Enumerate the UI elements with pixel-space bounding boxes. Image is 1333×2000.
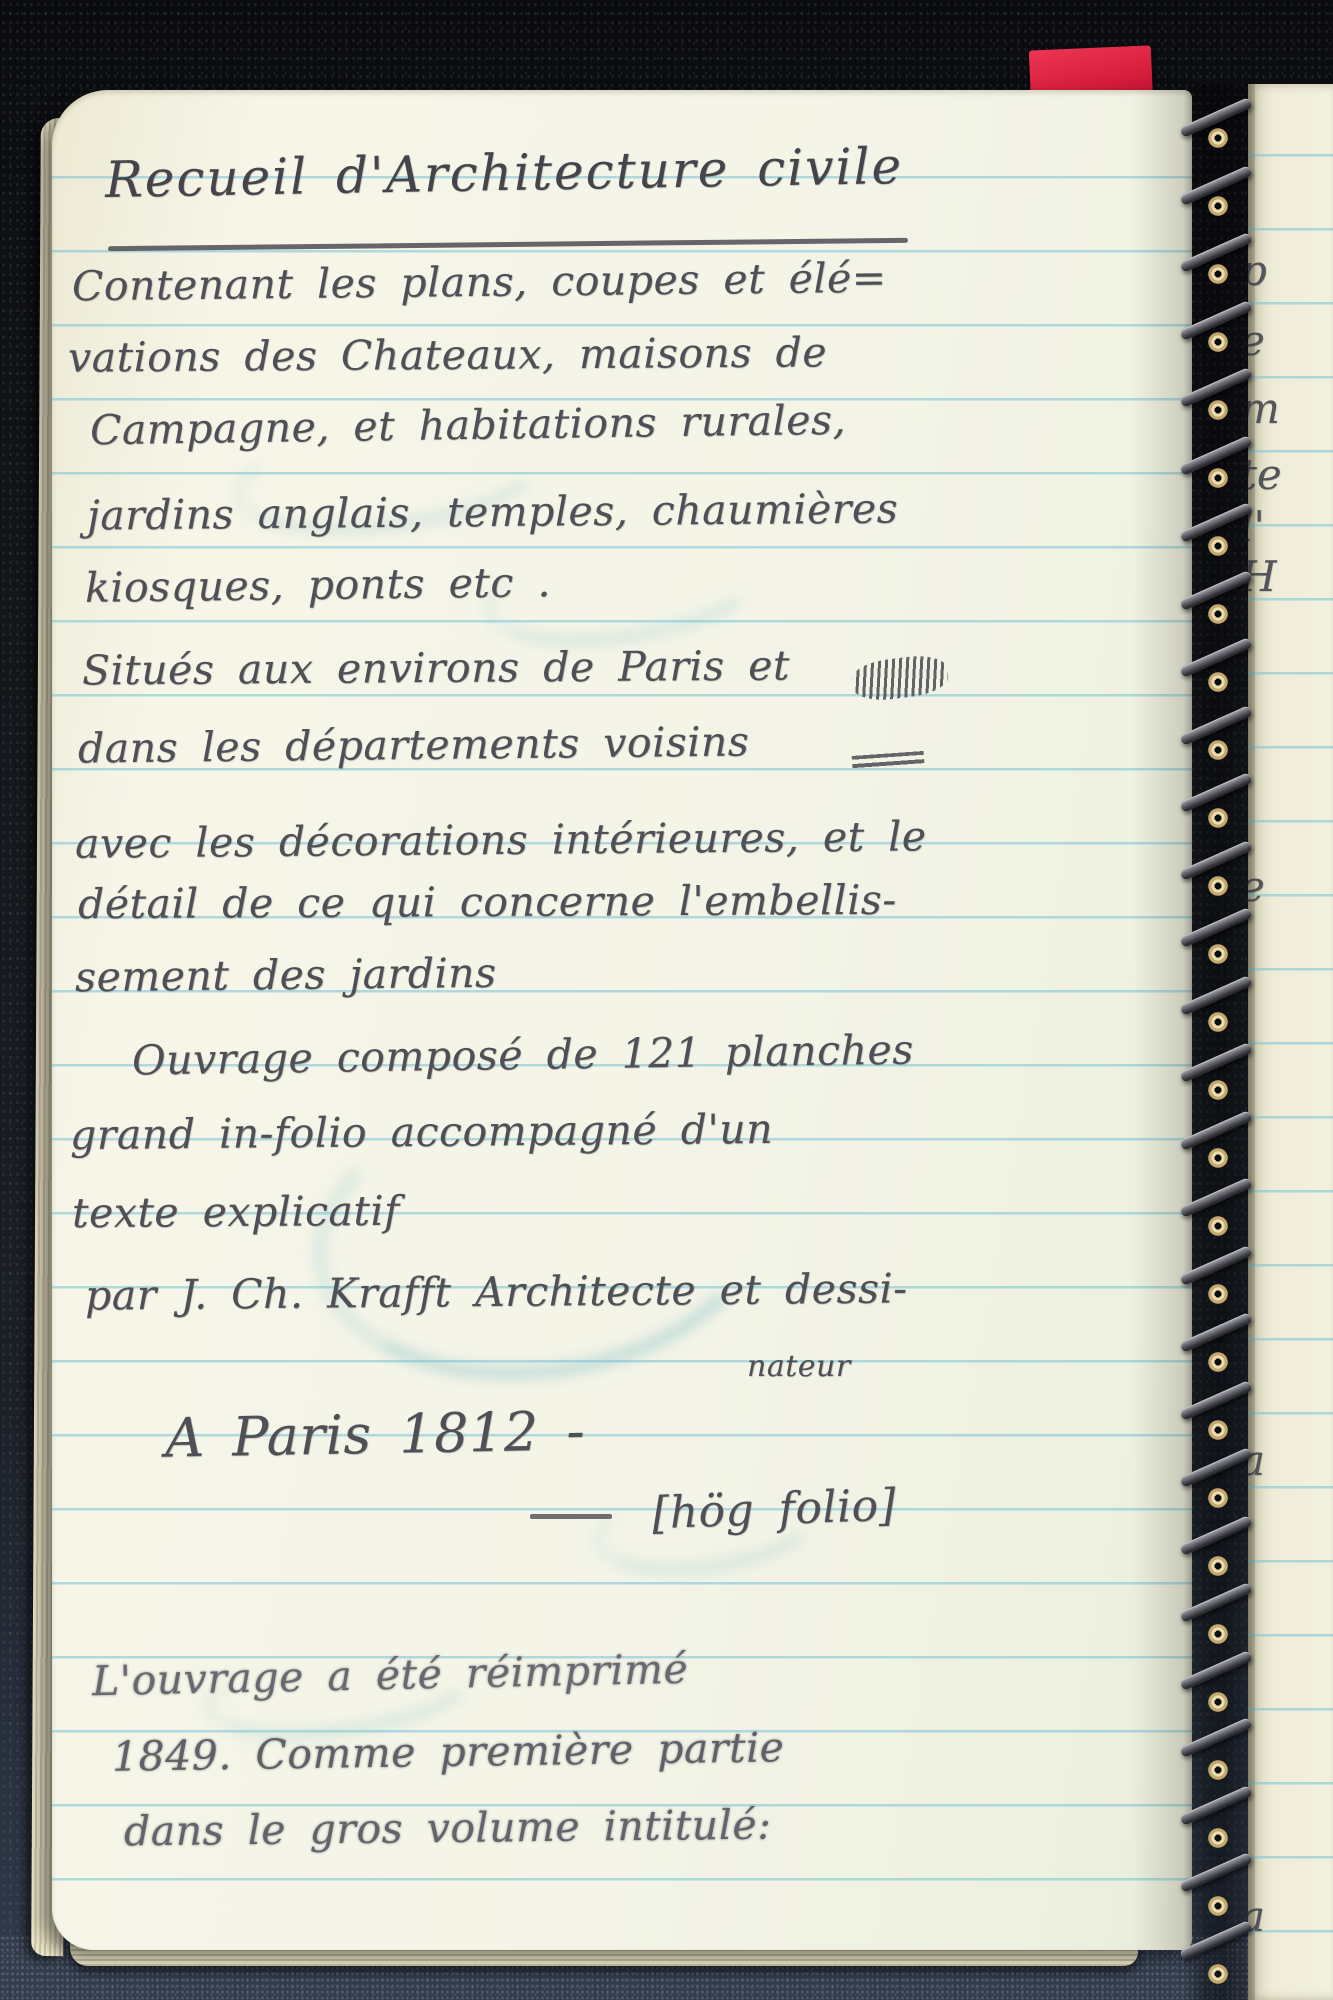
spiral-coil <box>1179 1785 1253 1826</box>
spiral-coil <box>1179 1312 1253 1353</box>
handwritten-line: Situés aux environs de Paris et <box>82 646 790 692</box>
spiral-coil <box>1179 1447 1253 1488</box>
spiral-coil <box>1179 637 1253 678</box>
handwritten-line: vations des Chateaux, maisons de <box>68 332 827 378</box>
spiral-coil <box>1179 907 1253 948</box>
spiral-coil <box>1179 165 1253 206</box>
spiral-coil <box>1179 435 1253 476</box>
spiral-coil <box>1179 975 1253 1016</box>
spiral-coil <box>1179 232 1253 273</box>
handwritten-line: kiosques, ponts etc . <box>85 562 551 609</box>
handwritten-line: avec les décorations intérieures, et le <box>75 816 927 864</box>
spiral-coil <box>1179 300 1253 341</box>
spiral-coil <box>1179 705 1253 746</box>
spiral-coil <box>1179 1515 1253 1556</box>
handwritten-line: 1849. Comme première partie <box>112 1727 785 1777</box>
handwritten-line: Campagne, et habitations rurales, <box>90 400 847 452</box>
handwritten-line: A Paris 1812 - <box>165 1404 586 1465</box>
spiral-coil <box>1179 1717 1253 1758</box>
handwritten-line: dans le gros volume intitulé: <box>124 1805 772 1853</box>
handwritten-line: jardins anglais, temples, chaumières <box>87 488 899 536</box>
handwritten-line: texte explicatif <box>72 1191 400 1234</box>
spiral-coil <box>1179 1042 1253 1083</box>
spiral-coil <box>1179 570 1253 611</box>
handwritten-line: Contenant les plans, coupes et élé= <box>72 258 887 308</box>
handwritten-line: par J. Ch. Krafft Architecte et dessi- <box>85 1268 908 1316</box>
handwritten-line: L'ouvrage a été réimprimé <box>92 1649 689 1702</box>
spiral-coil <box>1179 772 1253 813</box>
handwritten-line: détail de ce qui concerne l'embellis- <box>78 880 897 925</box>
left-page: Recueil d'Architecture civile Contenant … <box>52 90 1192 1950</box>
spiral-coil <box>1179 1380 1253 1421</box>
handwritten-line: Ouvrage composé de 121 planches <box>132 1030 914 1082</box>
spiral-coil <box>1179 1852 1253 1893</box>
spiral-coil <box>1179 1650 1253 1691</box>
right-page: p e m te l' H e a a <box>1248 84 1333 2000</box>
handwritten-line: dans les départements voisins <box>78 721 750 769</box>
spiral-binding <box>1178 112 1260 2000</box>
spiral-coil <box>1179 1582 1253 1623</box>
spiral-coil <box>1179 1177 1253 1218</box>
handwritten-line: nateur <box>747 1352 851 1382</box>
spiral-coil <box>1179 1245 1253 1286</box>
spiral-coil <box>1179 1920 1253 1961</box>
handwritten-line: grand in-folio accompagné d'un <box>70 1109 773 1156</box>
spiral-coil <box>1179 1110 1253 1151</box>
spiral-coil <box>1179 502 1253 543</box>
handwritten-annotation: [hög folio] <box>651 1484 897 1536</box>
spiral-coil <box>1179 840 1253 881</box>
spiral-coil <box>1179 367 1253 408</box>
date-underline <box>530 1514 612 1519</box>
notebook-photo: Recueil d'Architecture civile Contenant … <box>0 0 1333 2000</box>
handwritten-line: sement des jardins <box>75 953 497 998</box>
handwritten-title: Recueil d'Architecture civile <box>105 141 904 205</box>
